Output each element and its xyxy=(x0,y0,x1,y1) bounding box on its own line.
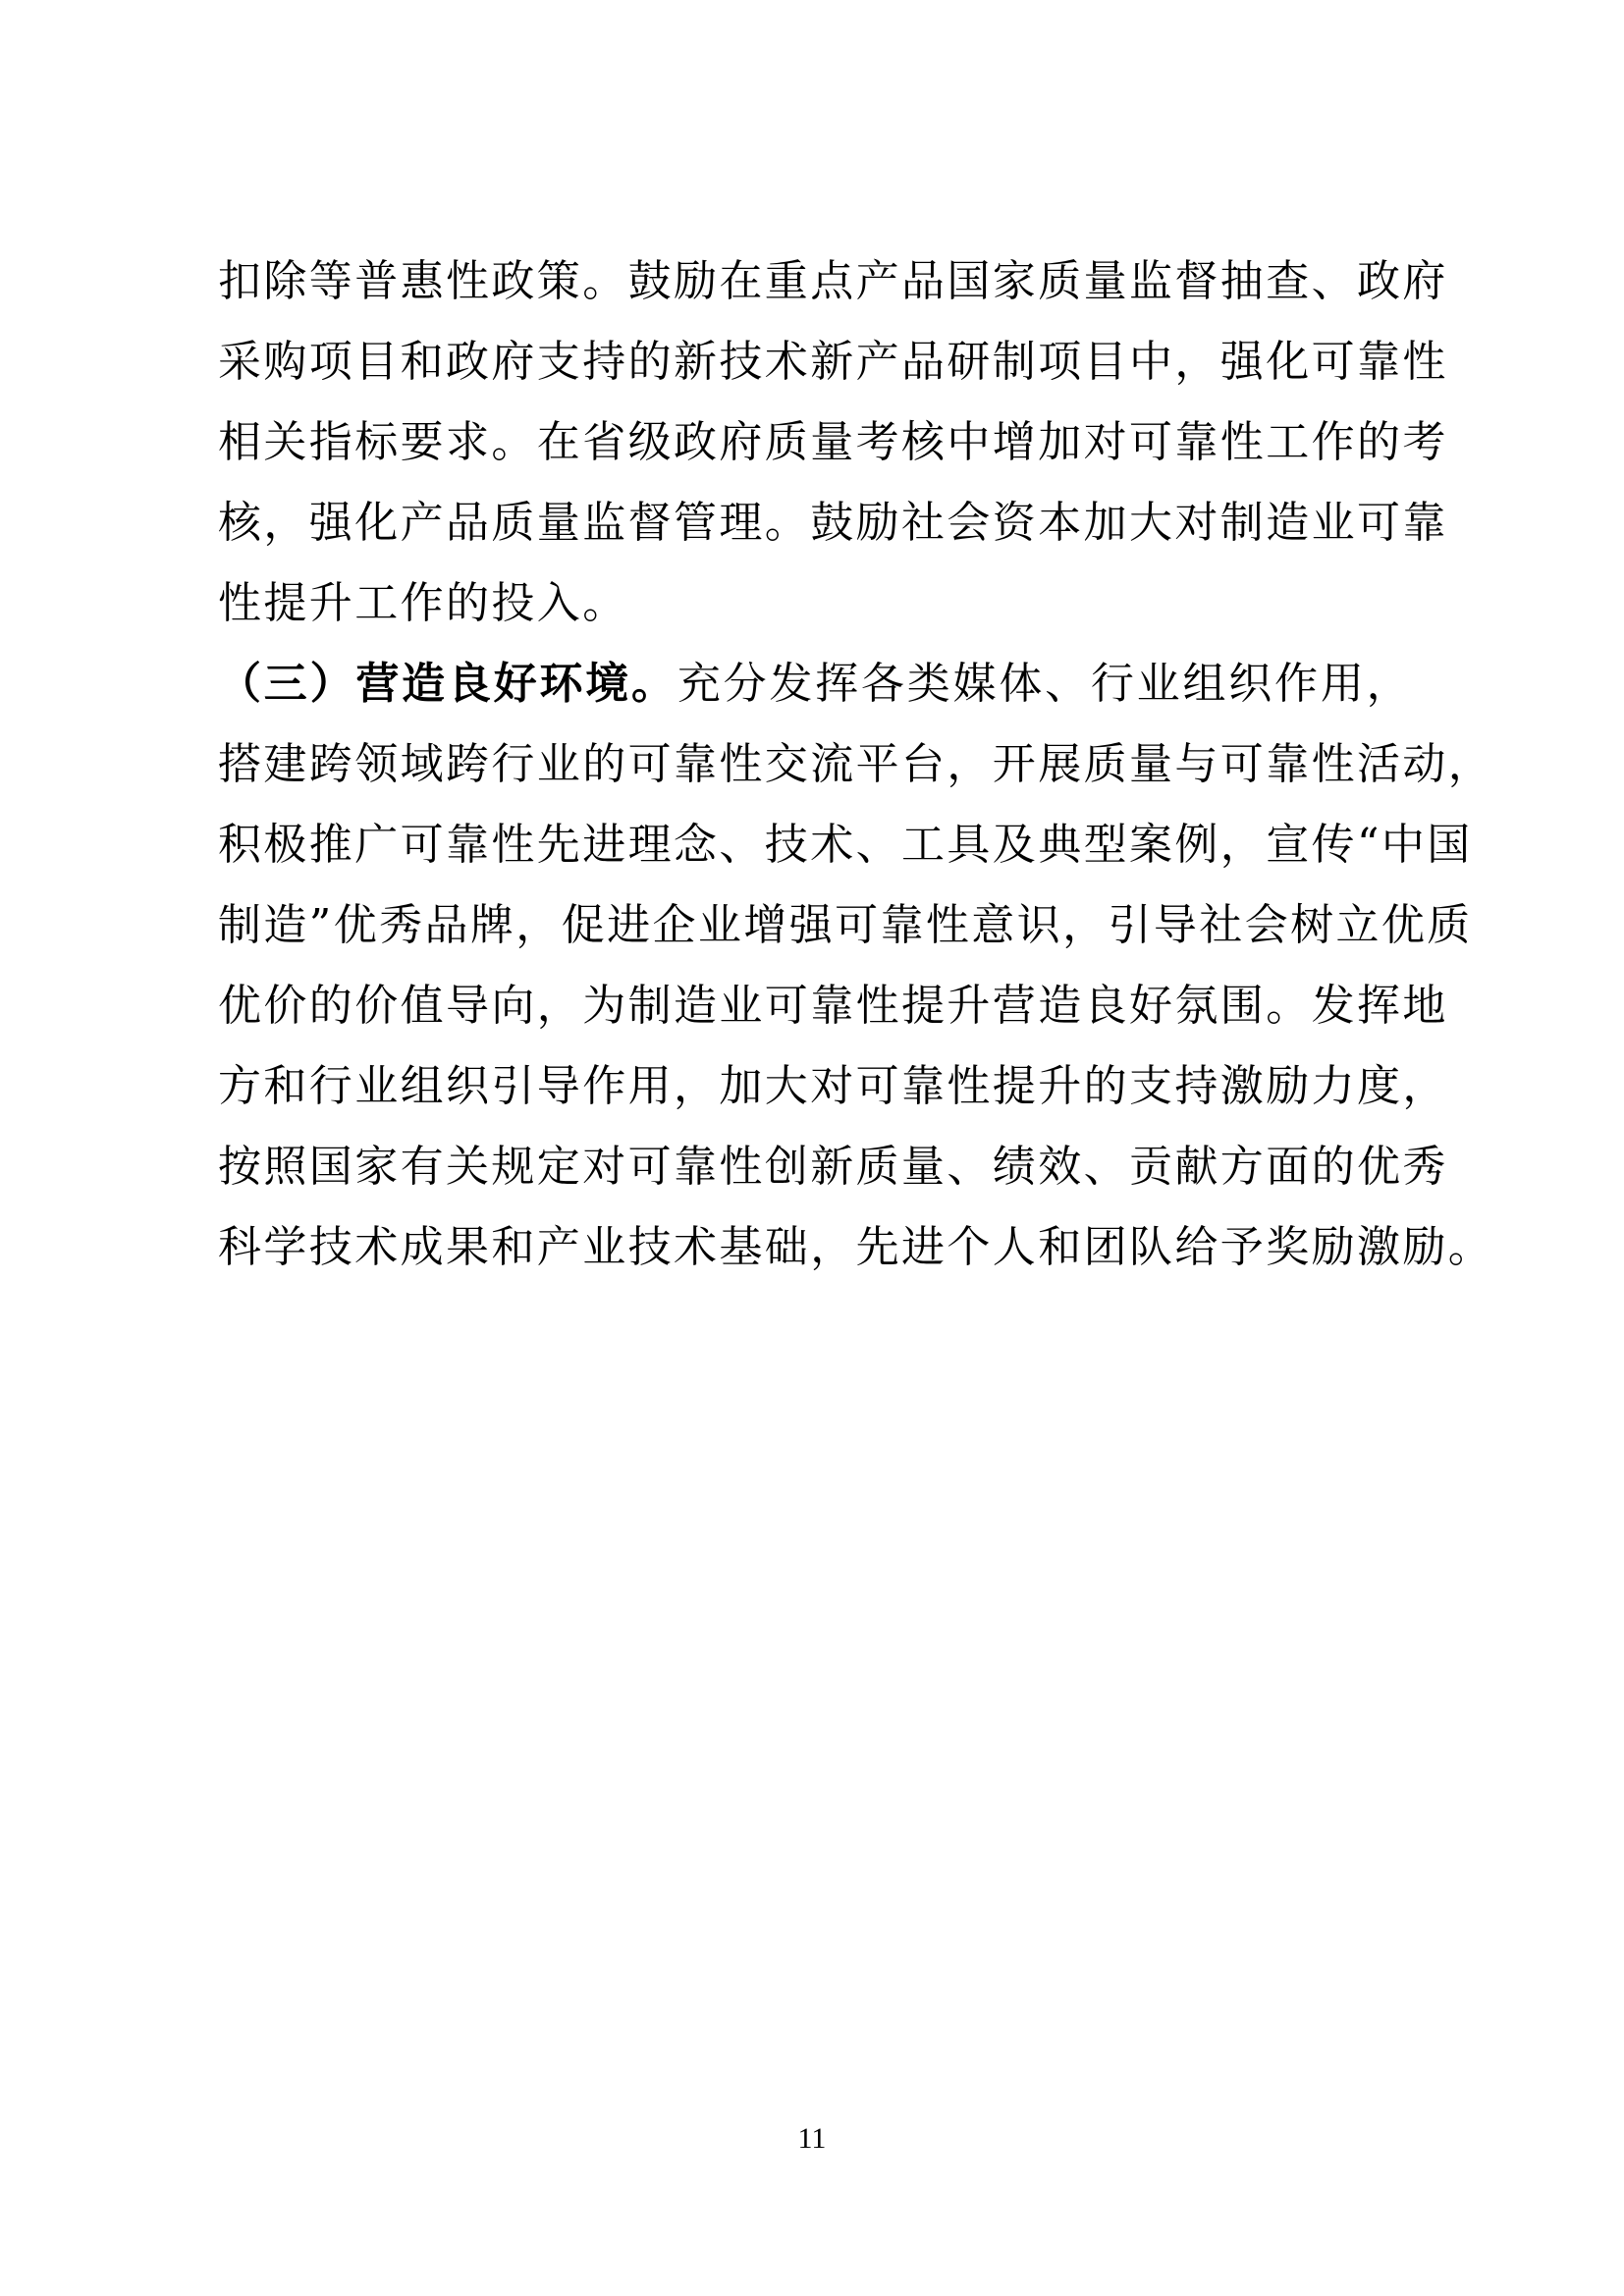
document-page: 扣除等普惠性政策。鼓励在重点产品国家质量监督抽查、政府 采购项目和政府支持的新技… xyxy=(0,0,1624,2296)
paragraph-2-line-6: 方和行业组织引导作用，加大对可靠性提升的支持激励力度， xyxy=(218,1057,1412,1138)
paragraph-2-line-2: 搭建跨领域跨行业的可靠性交流平台，开展质量与可靠性活动， xyxy=(218,735,1412,816)
page-number: 11 xyxy=(0,2122,1624,2156)
paragraph-1-line-3: 相关指标要求。在省级政府质量考核中增加对可靠性工作的考 xyxy=(218,413,1412,494)
paragraph-2-line-4: 制造”优秀品牌，促进企业增强可靠性意识，引导社会树立优质 xyxy=(218,896,1412,977)
paragraph-1-line-1: 扣除等普惠性政策。鼓励在重点产品国家质量监督抽查、政府 xyxy=(218,252,1412,333)
paragraph-2-line-7: 按照国家有关规定对可靠性创新质量、绩效、贡献方面的优秀 xyxy=(218,1138,1412,1218)
body-text: 扣除等普惠性政策。鼓励在重点产品国家质量监督抽查、政府 采购项目和政府支持的新技… xyxy=(218,252,1412,1299)
section-heading: （三）营造良好环境。 xyxy=(218,659,677,709)
paragraph-2-line-3: 积极推广可靠性先进理念、技术、工具及典型案例，宣传“中国 xyxy=(218,816,1412,896)
paragraph-2-line-1-text: 充分发挥各类媒体、行业组织作用， xyxy=(677,659,1412,709)
paragraph-1-line-5: 性提升工作的投入。 xyxy=(218,574,1412,655)
paragraph-2-line-5: 优价的价值导向，为制造业可靠性提升营造良好氛围。发挥地 xyxy=(218,977,1412,1057)
paragraph-2-line-1: （三）营造良好环境。充分发挥各类媒体、行业组织作用， xyxy=(218,655,1412,735)
paragraph-1-line-4: 核，强化产品质量监督管理。鼓励社会资本加大对制造业可靠 xyxy=(218,494,1412,574)
paragraph-2-line-8: 科学技术成果和产业技术基础，先进个人和团队给予奖励激励。 xyxy=(218,1218,1412,1299)
paragraph-1-line-2: 采购项目和政府支持的新技术新产品研制项目中，强化可靠性 xyxy=(218,333,1412,413)
